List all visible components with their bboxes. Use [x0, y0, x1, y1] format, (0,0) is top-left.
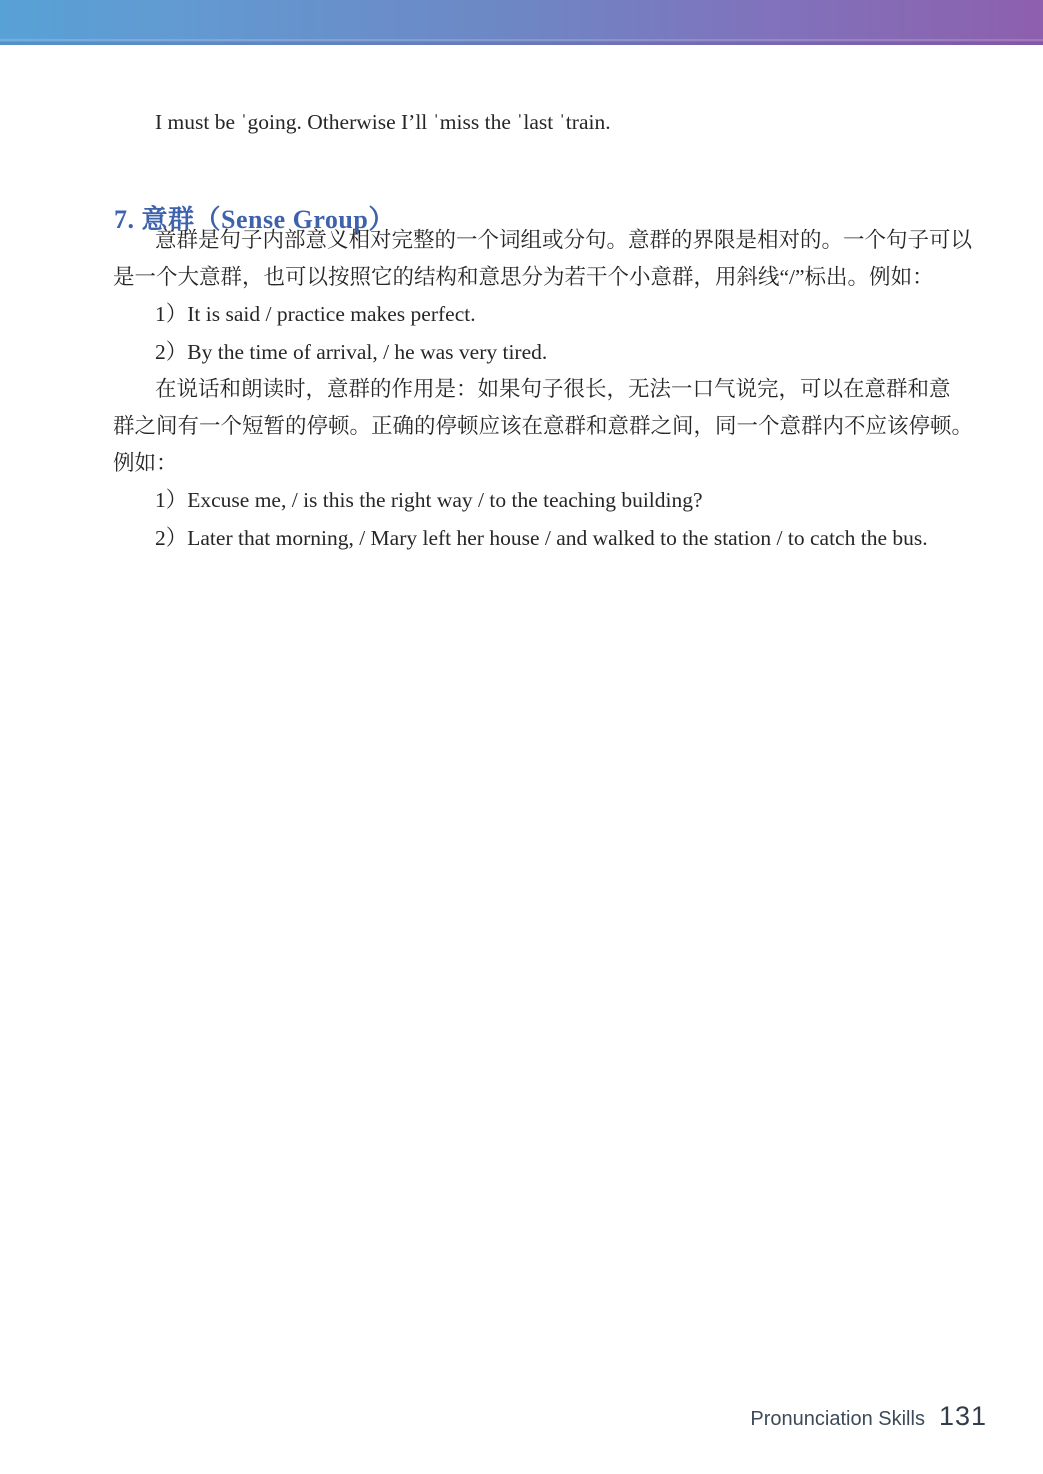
footer-section-label: Pronunciation Skills [750, 1408, 925, 1431]
body-text-block: 意群是句子内部意义相对完整的一个词组或分句。意群的界限是相对的。一个句子可以 是… [113, 222, 979, 557]
example2-item-1: 1）Excuse me, / is this the right way / t… [113, 482, 979, 519]
paragraph1-line-2: 是一个大意群，也可以按照它的结构和意思分为若干个小意群，用斜线“/”标出。例如： [113, 259, 979, 296]
page-footer: Pronunciation Skills 131 [750, 1401, 987, 1432]
paragraph2-line-2: 群之间有一个短暂的停顿。正确的停顿应该在意群和意群之间，同一个意群内不应该停顿。 [113, 408, 979, 445]
paragraph2-line-1: 在说话和朗读时，意群的作用是：如果句子很长，无法一口气说完，可以在意群和意 [113, 371, 979, 408]
top-gradient-banner [0, 0, 1043, 45]
example1-item-1: 1）It is said / practice makes perfect. [113, 296, 979, 333]
paragraph1-line-1: 意群是句子内部意义相对完整的一个词组或分句。意群的界限是相对的。一个句子可以 [113, 222, 979, 259]
example2-item-2: 2）Later that morning, / Mary left her ho… [113, 520, 979, 557]
example1-item-2: 2）By the time of arrival, / he was very … [113, 334, 979, 371]
stress-example-line: I must be ˈgoing. Otherwise I’ll ˈmiss t… [155, 109, 611, 136]
footer-page-number: 131 [939, 1401, 987, 1432]
paragraph2-line-3: 例如： [113, 445, 979, 482]
